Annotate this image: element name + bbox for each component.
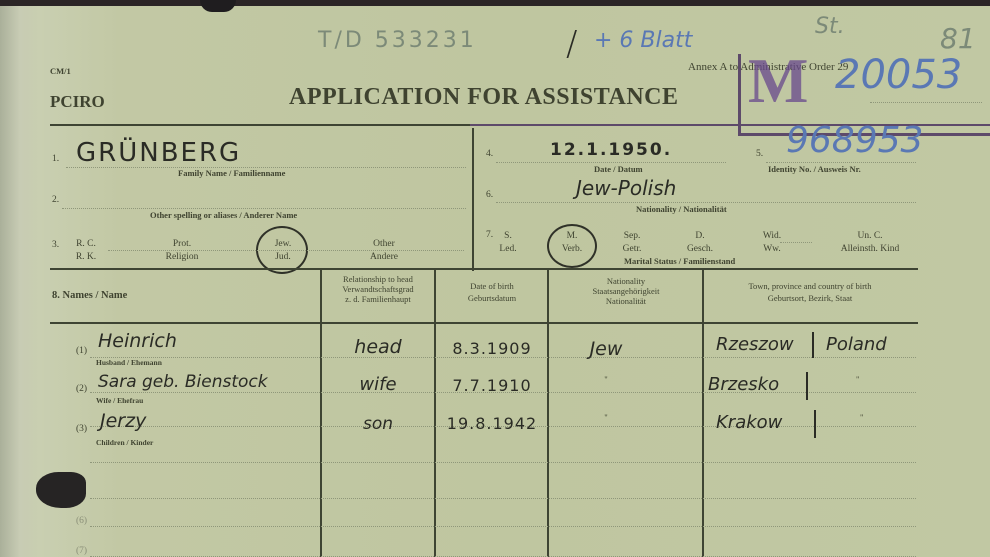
row-line-5 bbox=[90, 498, 916, 499]
birthplace-header-en: Town, province and country of birth bbox=[704, 280, 916, 292]
religion-rc-de: R. K. bbox=[64, 251, 108, 264]
row-line-6 bbox=[90, 526, 916, 527]
row-3-sublabel: Children / Kinder bbox=[96, 438, 153, 447]
birthplace-header-de: Geburtsort, Bezirk, Staat bbox=[704, 292, 916, 304]
aliases-line bbox=[62, 208, 466, 209]
marital-selected-circle bbox=[547, 224, 597, 268]
row-3-name[interactable]: Jerzy bbox=[100, 410, 146, 432]
stamp-number: 20053 bbox=[835, 52, 962, 98]
identity-number-value[interactable]: 968953 bbox=[786, 120, 923, 161]
marital-option-widowed[interactable]: Wid. Ww. bbox=[752, 230, 792, 256]
marital-option-separated[interactable]: Sep. Getr. bbox=[612, 230, 652, 256]
page-title: APPLICATION FOR ASSISTANCE bbox=[289, 84, 679, 111]
dob-column-header: Date of birth Geburtsdatum bbox=[436, 280, 548, 304]
organization-name: PCIRO bbox=[50, 92, 105, 112]
family-name-value[interactable]: GRÜNBERG bbox=[76, 138, 241, 168]
field-8-number: 8. bbox=[52, 290, 60, 301]
dob-header-de: Geburtsdatum bbox=[436, 292, 548, 304]
row-3-town[interactable]: Krakow bbox=[716, 412, 782, 433]
row-7-index: (7) bbox=[76, 546, 87, 556]
table-top-rule bbox=[50, 268, 918, 270]
row-2-country[interactable]: " bbox=[856, 374, 859, 384]
row-3-relationship[interactable]: son bbox=[322, 414, 434, 434]
pencil-mark-st: St. bbox=[815, 14, 845, 39]
row-1-nationality[interactable]: Jew bbox=[550, 338, 662, 360]
table-header-rule bbox=[50, 322, 918, 324]
row-1-dob[interactable]: 8.3.1909 bbox=[436, 339, 548, 358]
family-name-label: Family Name / Familienname bbox=[178, 168, 285, 178]
marital-separated-de: Getr. bbox=[612, 243, 652, 256]
row-6-index: (6) bbox=[76, 516, 87, 526]
row-1-relationship[interactable]: head bbox=[322, 336, 434, 358]
marital-widowed-de: Ww. bbox=[752, 243, 792, 256]
nationality-header-de: Staatsangehörigkeit bbox=[550, 286, 702, 296]
marital-single-en: S. bbox=[492, 230, 524, 243]
row-2-nationality[interactable]: " bbox=[550, 374, 662, 384]
pencil-mark-81: 81 bbox=[940, 22, 976, 55]
marital-divorced-de: Gesch. bbox=[678, 243, 722, 256]
row-2-dob[interactable]: 7.7.1910 bbox=[436, 376, 548, 395]
marital-line bbox=[780, 242, 812, 243]
row-2-name[interactable]: Sara geb. Bienstock bbox=[98, 372, 268, 392]
relationship-header-en: Relationship to head bbox=[322, 274, 434, 284]
nationality-label: Nationality / Nationalität bbox=[636, 204, 727, 214]
dob-header-en: Date of birth bbox=[436, 280, 548, 292]
row-1-town[interactable]: Rzeszow bbox=[716, 334, 794, 355]
date-label: Date / Datum bbox=[594, 164, 643, 174]
names-header-label: Names / Name bbox=[63, 290, 128, 301]
upper-divider bbox=[472, 128, 474, 271]
file-ref-slash: / bbox=[566, 24, 577, 64]
aliases-label: Other spelling or aliases / Anderer Name bbox=[150, 210, 297, 220]
row-2-index: (2) bbox=[76, 384, 87, 394]
row-3-dob[interactable]: 19.8.1942 bbox=[436, 414, 548, 433]
form-code: CM/1 bbox=[50, 66, 71, 76]
row-3-country[interactable]: " bbox=[860, 412, 863, 422]
stamp-letter: M bbox=[748, 44, 804, 118]
punch-hole bbox=[36, 472, 86, 508]
religion-option-rc[interactable]: R. C. R. K. bbox=[64, 238, 108, 264]
names-column-header: 8. Names / Name bbox=[52, 290, 127, 301]
field-2-number: 2. bbox=[52, 195, 59, 205]
marital-option-unaccompanied-child[interactable]: Un. C. Alleinsth. Kind bbox=[818, 230, 922, 256]
marital-child-en: Un. C. bbox=[818, 230, 922, 243]
field-3-number: 3. bbox=[52, 240, 59, 250]
date-line bbox=[496, 162, 726, 163]
field-5-number: 5. bbox=[756, 149, 763, 159]
religion-option-other[interactable]: Other Andere bbox=[352, 238, 416, 264]
row-2-separator bbox=[806, 372, 808, 400]
row-3-nationality[interactable]: " bbox=[550, 412, 662, 422]
marital-single-de: Led. bbox=[492, 243, 524, 256]
field-6-number: 6. bbox=[486, 190, 493, 200]
row-2-town[interactable]: Brzesko bbox=[708, 374, 779, 395]
row-1-country[interactable]: Poland bbox=[826, 334, 887, 355]
row-3-separator bbox=[814, 410, 816, 438]
row-2-relationship[interactable]: wife bbox=[322, 374, 434, 395]
religion-rc-en: R. C. bbox=[64, 238, 108, 251]
nationality-value[interactable]: Jew-Polish bbox=[576, 176, 676, 200]
marital-divorced-en: D. bbox=[678, 230, 722, 243]
marital-option-divorced[interactable]: D. Gesch. bbox=[678, 230, 722, 256]
nationality-line bbox=[496, 202, 916, 203]
row-1-separator bbox=[812, 332, 814, 358]
date-value[interactable]: 12.1.1950. bbox=[550, 140, 672, 160]
row-line-4 bbox=[90, 462, 916, 463]
nationality-header-de-2: Nationalität bbox=[550, 296, 702, 306]
nationality-column-header: Nationality Staatsangehörigkeit National… bbox=[550, 276, 702, 306]
marital-status-label: Marital Status / Familienstand bbox=[624, 256, 735, 266]
field-4-number: 4. bbox=[486, 149, 493, 159]
row-1-sublabel: Husband / Ehemann bbox=[96, 358, 162, 367]
row-2-sublabel: Wife / Ehefrau bbox=[96, 396, 143, 405]
column-divider-4 bbox=[702, 270, 704, 557]
marital-child-de: Alleinsth. Kind bbox=[818, 243, 922, 256]
paper-fold-edge bbox=[0, 6, 36, 557]
row-1-index: (1) bbox=[76, 346, 87, 356]
relationship-header-de: Verwandtschaftsgrad bbox=[322, 284, 434, 294]
relationship-column-header: Relationship to head Verwandtschaftsgrad… bbox=[322, 274, 434, 304]
field-1-number: 1. bbox=[52, 154, 59, 164]
sheet-count: + 6 Blatt bbox=[594, 28, 692, 53]
religion-line bbox=[108, 250, 464, 251]
nationality-header-en: Nationality bbox=[550, 276, 702, 286]
row-1-name[interactable]: Heinrich bbox=[98, 330, 177, 352]
form-paper: CM/1 PCIRO APPLICATION FOR ASSISTANCE An… bbox=[0, 6, 990, 557]
stamp-dotline bbox=[870, 102, 982, 103]
relationship-header-de-2: z. d. Familienhaupt bbox=[322, 294, 434, 304]
marital-separated-en: Sep. bbox=[612, 230, 652, 243]
religion-option-prot[interactable]: Prot. Religion bbox=[150, 238, 214, 264]
row-3-index: (3) bbox=[76, 424, 87, 434]
file-reference: T/D 533231 bbox=[318, 28, 477, 53]
identity-label: Identity No. / Ausweis Nr. bbox=[768, 164, 861, 174]
religion-other-de: Andere bbox=[352, 251, 416, 264]
religion-prot-de: Religion bbox=[150, 251, 214, 264]
identity-line bbox=[766, 162, 916, 163]
birthplace-column-header: Town, province and country of birth Gebu… bbox=[704, 280, 916, 304]
marital-option-single[interactable]: S. Led. bbox=[492, 230, 524, 256]
